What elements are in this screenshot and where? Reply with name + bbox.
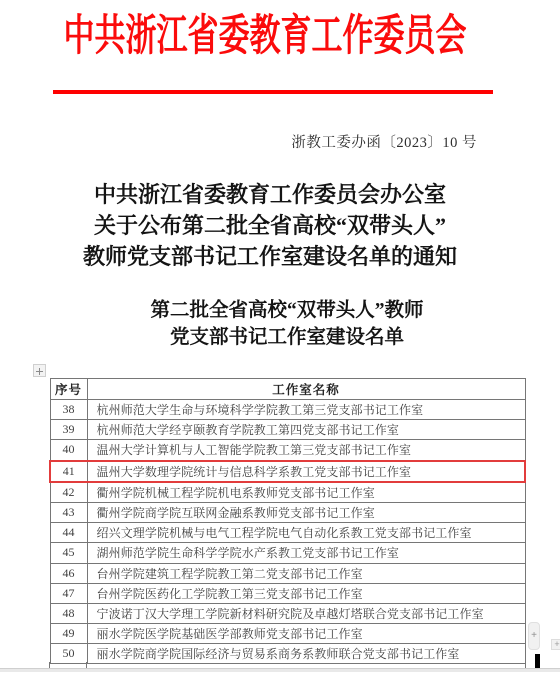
row-number: 42 bbox=[50, 482, 87, 503]
table-body: 38杭州师范大学生命与环境科学学院教工第三党支部书记工作室39杭州师范大学经亨颐… bbox=[50, 400, 525, 664]
document-number: 浙教工委办函〔2023〕10 号 bbox=[0, 133, 477, 153]
notice-title-line-1: 中共浙江省委教育工作委员会办公室 bbox=[0, 179, 540, 210]
row-number: 39 bbox=[50, 420, 87, 440]
table-row: 46台州学院建筑工程学院教工第二党支部书记工作室 bbox=[50, 563, 525, 583]
table-row: 48宁波诺丁汉大学理工学院新材料研究院及卓越灯塔联合党支部书记工作室 bbox=[50, 603, 525, 623]
row-number: 43 bbox=[50, 502, 87, 522]
table-row: 38杭州师范大学生命与环境科学学院教工第三党支部书记工作室 bbox=[50, 400, 525, 420]
edge-plus-icon[interactable]: + bbox=[551, 639, 560, 650]
workshop-table: 序号 工作室名称 38杭州师范大学生命与环境科学学院教工第三党支部书记工作室39… bbox=[49, 378, 526, 664]
table-row: 47台州学院医药化工学院教工第三党支部书记工作室 bbox=[50, 583, 525, 603]
table-row: 39杭州师范大学经亨颐教育学院教工第四党支部书记工作室 bbox=[50, 420, 525, 440]
workshop-name: 杭州师范大学经亨颐教育学院教工第四党支部书记工作室 bbox=[87, 420, 525, 440]
workshop-name: 台州学院医药化工学院教工第三党支部书记工作室 bbox=[87, 583, 525, 603]
row-number: 44 bbox=[50, 523, 87, 543]
workshop-name: 杭州师范大学生命与环境科学学院教工第三党支部书记工作室 bbox=[87, 400, 525, 420]
table-row: 49丽水学院医学院基础医学部教师党支部书记工作室 bbox=[50, 624, 525, 644]
notice-title: 中共浙江省委教育工作委员会办公室 关于公布第二批全省高校“双带头人” 教师党支部… bbox=[0, 179, 540, 272]
table-row: 44绍兴文理学院机械与电气工程学院电气自动化系教工党支部书记工作室 bbox=[50, 523, 525, 543]
row-number: 48 bbox=[50, 603, 87, 623]
red-divider-line bbox=[53, 90, 493, 94]
move-cross-vertical bbox=[39, 368, 41, 375]
column-header-no: 序号 bbox=[50, 379, 87, 400]
table-row: 43衢州学院商学院互联网金融系教师党支部书记工作室 bbox=[50, 502, 525, 522]
row-number: 38 bbox=[50, 400, 87, 420]
row-number: 47 bbox=[50, 583, 87, 603]
table-row: 42衢州学院机械工程学院机电系教师党支部书记工作室 bbox=[50, 482, 525, 503]
table-insert-plus-icon[interactable]: + bbox=[528, 622, 540, 650]
workshop-name: 台州学院建筑工程学院教工第二党支部书记工作室 bbox=[87, 563, 525, 583]
column-header-name: 工作室名称 bbox=[87, 379, 525, 400]
row-number: 41 bbox=[50, 461, 87, 482]
workshop-name: 衢州学院商学院互联网金融系教师党支部书记工作室 bbox=[87, 502, 525, 522]
workshop-name: 温州大学数理学院统计与信息科学系教工党支部书记工作室 bbox=[87, 461, 525, 482]
workshop-name: 湖州师范学院生命科学学院水产系教工党支部书记工作室 bbox=[87, 543, 525, 563]
row-number: 46 bbox=[50, 563, 87, 583]
workshop-name: 丽水学院医学院基础医学部教师党支部书记工作室 bbox=[87, 624, 525, 644]
row-number: 45 bbox=[50, 543, 87, 563]
list-title-line-1: 第二批全省高校“双带头人”教师 bbox=[14, 297, 560, 324]
workshop-name: 宁波诺丁汉大学理工学院新材料研究院及卓越灯塔联合党支部书记工作室 bbox=[87, 603, 525, 623]
table-row: 41温州大学数理学院统计与信息科学系教工党支部书记工作室 bbox=[50, 461, 525, 482]
list-title-line-2: 党支部书记工作室建设名单 bbox=[14, 324, 560, 351]
table-header-row: 序号 工作室名称 bbox=[50, 379, 525, 400]
document-page: 中共浙江省委教育工作委员会 浙教工委办函〔2023〕10 号 中共浙江省委教育工… bbox=[0, 0, 560, 674]
notice-title-line-3: 教师党支部书记工作室建设名单的通知 bbox=[0, 241, 540, 272]
row-number: 50 bbox=[50, 644, 87, 664]
workshop-name: 丽水学院商学院国际经济与贸易系商务系教师联合党支部书记工作室 bbox=[87, 644, 525, 664]
row-number: 40 bbox=[50, 440, 87, 461]
list-title: 第二批全省高校“双带头人”教师 党支部书记工作室建设名单 bbox=[14, 297, 560, 351]
table-row: 40温州大学计算机与人工智能学院教工第三党支部书记工作室 bbox=[50, 440, 525, 461]
row-number: 49 bbox=[50, 624, 87, 644]
window-edge bbox=[0, 668, 560, 672]
workshop-name: 温州大学计算机与人工智能学院教工第三党支部书记工作室 bbox=[87, 440, 525, 461]
table-row: 45湖州师范学院生命科学学院水产系教工党支部书记工作室 bbox=[50, 543, 525, 563]
letterhead-title: 中共浙江省委教育工作委员会 bbox=[0, 11, 530, 61]
workshop-name: 衢州学院机械工程学院机电系教师党支部书记工作室 bbox=[87, 482, 525, 503]
table-row: 50丽水学院商学院国际经济与贸易系商务系教师联合党支部书记工作室 bbox=[50, 644, 525, 664]
workshop-name: 绍兴文理学院机械与电气工程学院电气自动化系教工党支部书记工作室 bbox=[87, 523, 525, 543]
table-move-handle-icon[interactable] bbox=[33, 364, 46, 377]
notice-title-line-2: 关于公布第二批全省高校“双带头人” bbox=[0, 210, 540, 241]
